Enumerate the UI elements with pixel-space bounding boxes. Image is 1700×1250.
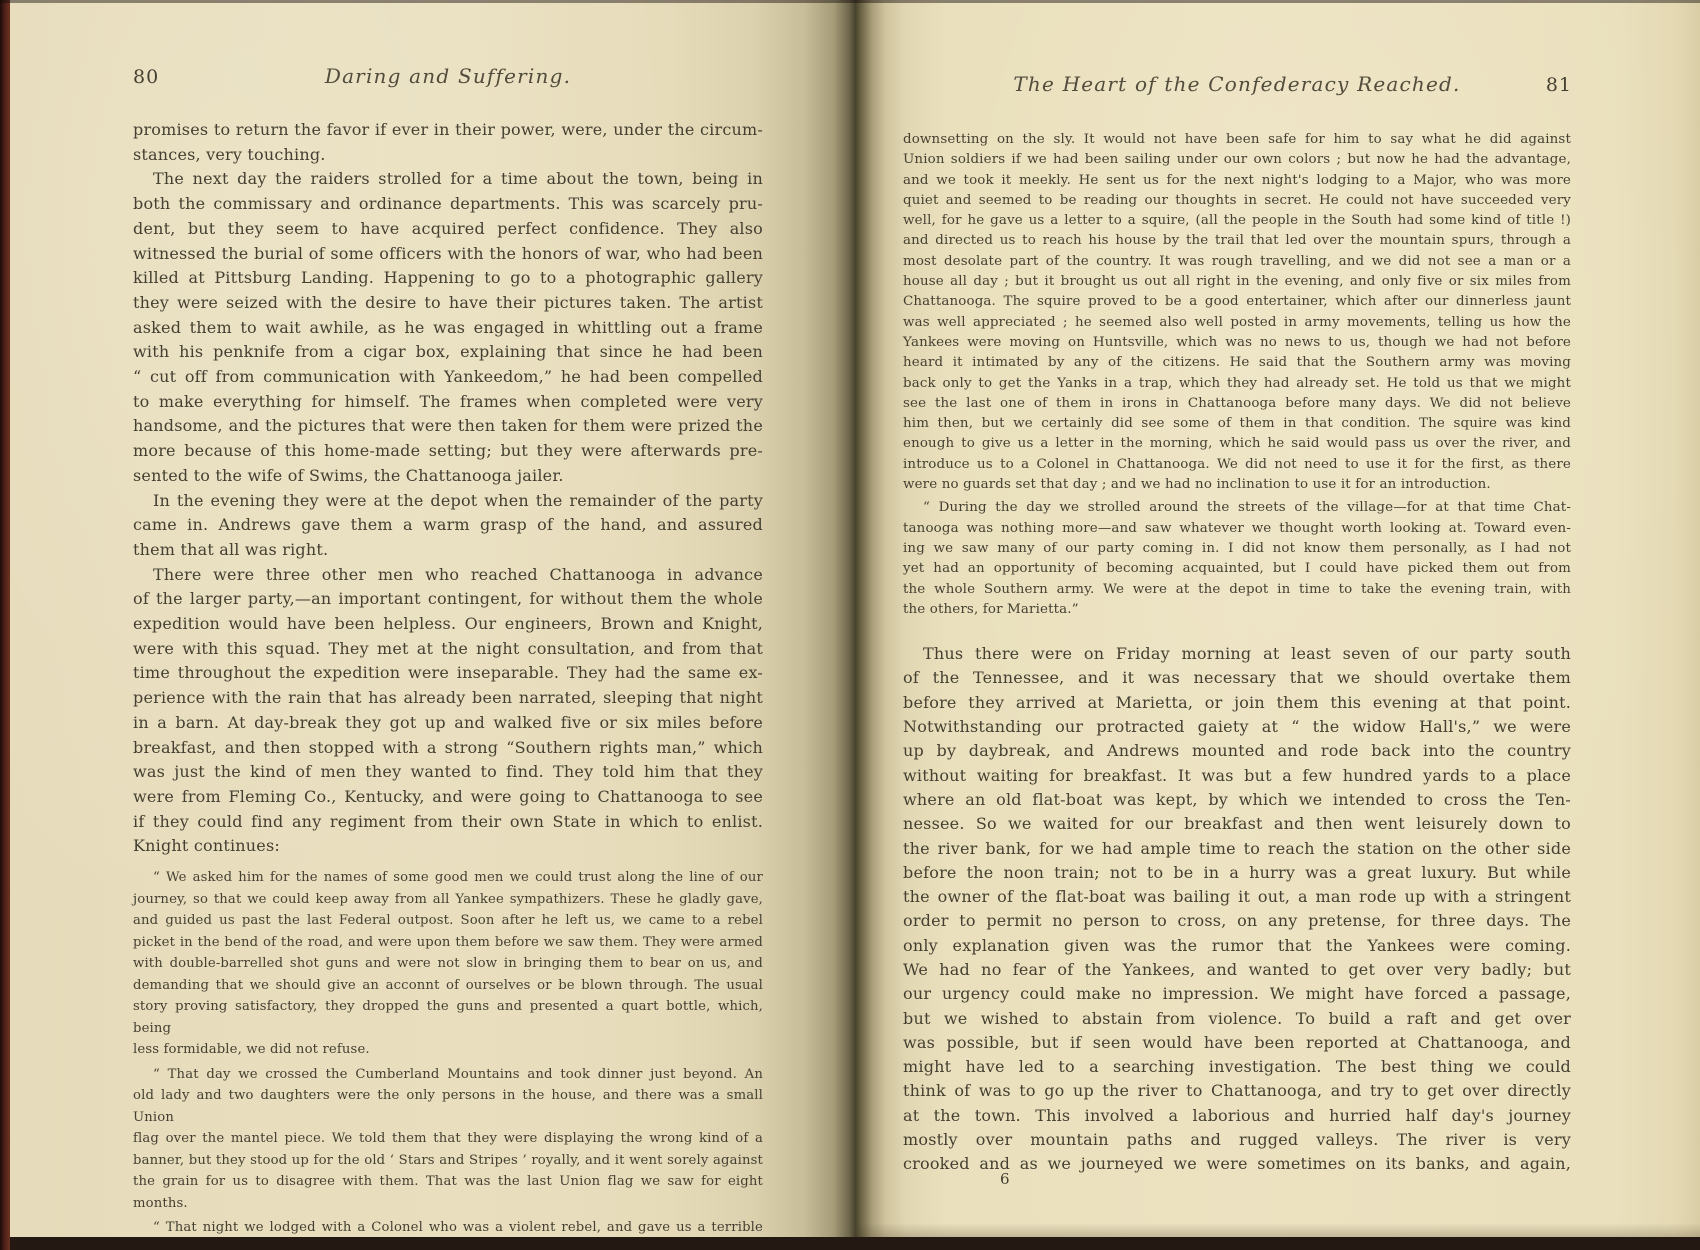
- text-line: promises to return the favor if ever in …: [133, 118, 763, 143]
- paragraph: “ During the day we strolled around the …: [903, 498, 1571, 620]
- text-line: well, for he gave us a letter to a squir…: [903, 211, 1571, 231]
- text-line: at the town. This involved a laborious a…: [903, 1104, 1571, 1128]
- signature-mark: 6: [1000, 1170, 1010, 1188]
- text-line: enough to give us a letter in the mornin…: [903, 434, 1571, 454]
- text-line: house all day ; but it brought us out al…: [903, 272, 1571, 292]
- text-line: of the Tennessee, and it was necessary t…: [903, 666, 1571, 690]
- text-line: to make everything for himself. The fram…: [133, 390, 763, 415]
- paragraph: “ That day we crossed the Cumberland Mou…: [133, 1064, 763, 1215]
- text-line: only explanation given was the rumor tha…: [903, 934, 1571, 958]
- text-line: banner, but they stood up for the old ‘ …: [133, 1150, 763, 1172]
- paragraph: “ That night we lodged with a Colonel wh…: [133, 1217, 763, 1239]
- text-line: stances, very touching.: [133, 143, 763, 168]
- scan-top-edge: [0, 0, 1700, 3]
- text-line: nessee. So we waited for our breakfast a…: [903, 812, 1571, 836]
- paragraph: downsetting on the sly. It would not hav…: [903, 130, 1571, 495]
- text-line: see the last one of them in irons in Cha…: [903, 394, 1571, 414]
- text-line: was possible, but if seen would have bee…: [903, 1031, 1571, 1055]
- text-line: sented to the wife of Swims, the Chattan…: [133, 464, 763, 489]
- text-line: In the evening they were at the depot wh…: [133, 489, 763, 514]
- text-line: flag over the mantel piece. We told them…: [133, 1128, 763, 1150]
- text-line: dent, but they seem to have acquired per…: [133, 217, 763, 242]
- text-line: tanooga was nothing more—and saw whateve…: [903, 519, 1571, 539]
- text-line: story proving satisfactory, they dropped…: [133, 996, 763, 1039]
- text-line: with double-barrelled shot guns and were…: [133, 953, 763, 975]
- text-line: handsome, and the pictures that were the…: [133, 414, 763, 439]
- text-line: “ That night we lodged with a Colonel wh…: [133, 1217, 763, 1239]
- text-line: introduce us to a Colonel in Chattanooga…: [903, 455, 1571, 475]
- text-line: him then, but we certainly did see some …: [903, 414, 1571, 434]
- text-line: “ That day we crossed the Cumberland Mou…: [133, 1064, 763, 1086]
- left-page-text: promises to return the favor if ever in …: [133, 118, 763, 1239]
- text-line: heard it intimated by any of the citizen…: [903, 353, 1571, 373]
- text-line: were with this squad. They met at the ni…: [133, 637, 763, 662]
- paragraph: Thus there were on Friday morning at lea…: [903, 642, 1571, 1177]
- text-line: journey, so that we could keep away from…: [133, 889, 763, 911]
- text-line: picket in the bend of the road, and were…: [133, 932, 763, 954]
- text-line: them that all was right.: [133, 538, 763, 563]
- text-line: Union soldiers if we had been sailing un…: [903, 150, 1571, 170]
- text-line: where an old flat-boat was kept, by whic…: [903, 788, 1571, 812]
- text-line: breakfast, and then stopped with a stron…: [133, 736, 763, 761]
- text-line: before they arrived at Marietta, or join…: [903, 691, 1571, 715]
- paragraph: “ We asked him for the names of some goo…: [133, 867, 763, 1061]
- text-line: “ cut off from communication with Yankee…: [133, 365, 763, 390]
- text-line: were from Fleming Co., Kentucky, and wer…: [133, 785, 763, 810]
- text-line: mostly over mountain paths and rugged va…: [903, 1128, 1571, 1152]
- text-line: if they could find any regiment from the…: [133, 810, 763, 835]
- right-page-number: 81: [1546, 74, 1572, 96]
- right-page: The Heart of the Confederacy Reached. 81…: [855, 0, 1700, 1237]
- text-line: the whole Southern army. We were at the …: [903, 580, 1571, 600]
- right-running-header: The Heart of the Confederacy Reached.: [903, 72, 1571, 96]
- text-line: our urgency could make no impression. We…: [903, 982, 1571, 1006]
- text-line: Chattanooga. The squire proved to be a g…: [903, 292, 1571, 312]
- paragraph: The next day the raiders strolled for a …: [133, 167, 763, 488]
- text-line: the owner of the flat-boat was bailing i…: [903, 885, 1571, 909]
- text-line: killed at Pittsburg Landing. Happening t…: [133, 266, 763, 291]
- text-line: witnessed the burial of some officers wi…: [133, 242, 763, 267]
- text-line: “ During the day we strolled around the …: [903, 498, 1571, 518]
- text-line: think of was to go up the river to Chatt…: [903, 1079, 1571, 1103]
- text-line: downsetting on the sly. It would not hav…: [903, 130, 1571, 150]
- paragraph: promises to return the favor if ever in …: [133, 118, 763, 167]
- text-line: with his penknife from a cigar box, expl…: [133, 340, 763, 365]
- text-line: in a barn. At day-break they got up and …: [133, 711, 763, 736]
- text-line: the river bank, for we had ample time to…: [903, 837, 1571, 861]
- text-line: they were seized with the desire to have…: [133, 291, 763, 316]
- text-line: most desolate part of the country. It wa…: [903, 252, 1571, 272]
- text-line: less formidable, we did not refuse.: [133, 1039, 763, 1061]
- text-line: the grain for us to disagree with them. …: [133, 1171, 763, 1193]
- paragraph: In the evening they were at the depot wh…: [133, 489, 763, 563]
- text-line: The next day the raiders strolled for a …: [133, 167, 763, 192]
- text-line: came in. Andrews gave them a warm grasp …: [133, 513, 763, 538]
- text-line: Knight continues:: [133, 834, 763, 859]
- text-line: was just the kind of men they wanted to …: [133, 760, 763, 785]
- text-line: old lady and two daughters were the only…: [133, 1085, 763, 1128]
- text-line: expedition would have been helpless. Our…: [133, 612, 763, 637]
- text-line: and guided us past the last Federal outp…: [133, 910, 763, 932]
- left-page: 80 Daring and Suffering. promises to ret…: [10, 0, 855, 1237]
- text-line: back only to get the Yanks in a trap, wh…: [903, 374, 1571, 394]
- text-line: both the commissary and ordinance depart…: [133, 192, 763, 217]
- book-spread: 80 Daring and Suffering. promises to ret…: [0, 0, 1700, 1250]
- text-line: and we took it meekly. He sent us for th…: [903, 171, 1571, 191]
- right-page-text: downsetting on the sly. It would not hav…: [903, 130, 1571, 1177]
- text-line: before the noon train; not to be in a hu…: [903, 861, 1571, 885]
- text-line: more because of this home-made setting; …: [133, 439, 763, 464]
- text-line: quiet and seemed to be reading our thoug…: [903, 191, 1571, 211]
- text-line: the others, for Marietta.”: [903, 600, 1571, 620]
- text-line: We had no fear of the Yankees, and wante…: [903, 958, 1571, 982]
- book-cover-edge: [0, 0, 10, 1250]
- text-line: perience with the rain that has already …: [133, 686, 763, 711]
- text-line: were no guards set that day ; and we had…: [903, 475, 1571, 495]
- text-line: order to permit no person to cross, on a…: [903, 909, 1571, 933]
- text-line: up by daybreak, and Andrews mounted and …: [903, 739, 1571, 763]
- text-line: of the larger party,—an important contin…: [133, 587, 763, 612]
- text-line: but we wished to abstain from violence. …: [903, 1007, 1571, 1031]
- text-line: asked them to wait awhile, as he was eng…: [133, 316, 763, 341]
- text-line: Yankees were moving on Huntsville, which…: [903, 333, 1571, 353]
- text-line: might have led to a searching investigat…: [903, 1055, 1571, 1079]
- left-running-header: Daring and Suffering.: [133, 64, 763, 88]
- text-line: was well appreciated ; he seemed also we…: [903, 313, 1571, 333]
- paragraph: There were three other men who reached C…: [133, 563, 763, 859]
- text-line: Thus there were on Friday morning at lea…: [903, 642, 1571, 666]
- text-line: time throughout the expedition were inse…: [133, 661, 763, 686]
- text-line: ing we saw many of our party coming in. …: [903, 539, 1571, 559]
- text-line: without waiting for breakfast. It was bu…: [903, 764, 1571, 788]
- text-line: yet had an opportunity of becoming acqua…: [903, 559, 1571, 579]
- text-line: demanding that we should give an acconnt…: [133, 975, 763, 997]
- text-line: “ We asked him for the names of some goo…: [133, 867, 763, 889]
- text-line: There were three other men who reached C…: [133, 563, 763, 588]
- text-line: and directed us to reach his house by th…: [903, 231, 1571, 251]
- text-line: months.: [133, 1193, 763, 1215]
- text-line: Notwithstanding our protracted gaiety at…: [903, 715, 1571, 739]
